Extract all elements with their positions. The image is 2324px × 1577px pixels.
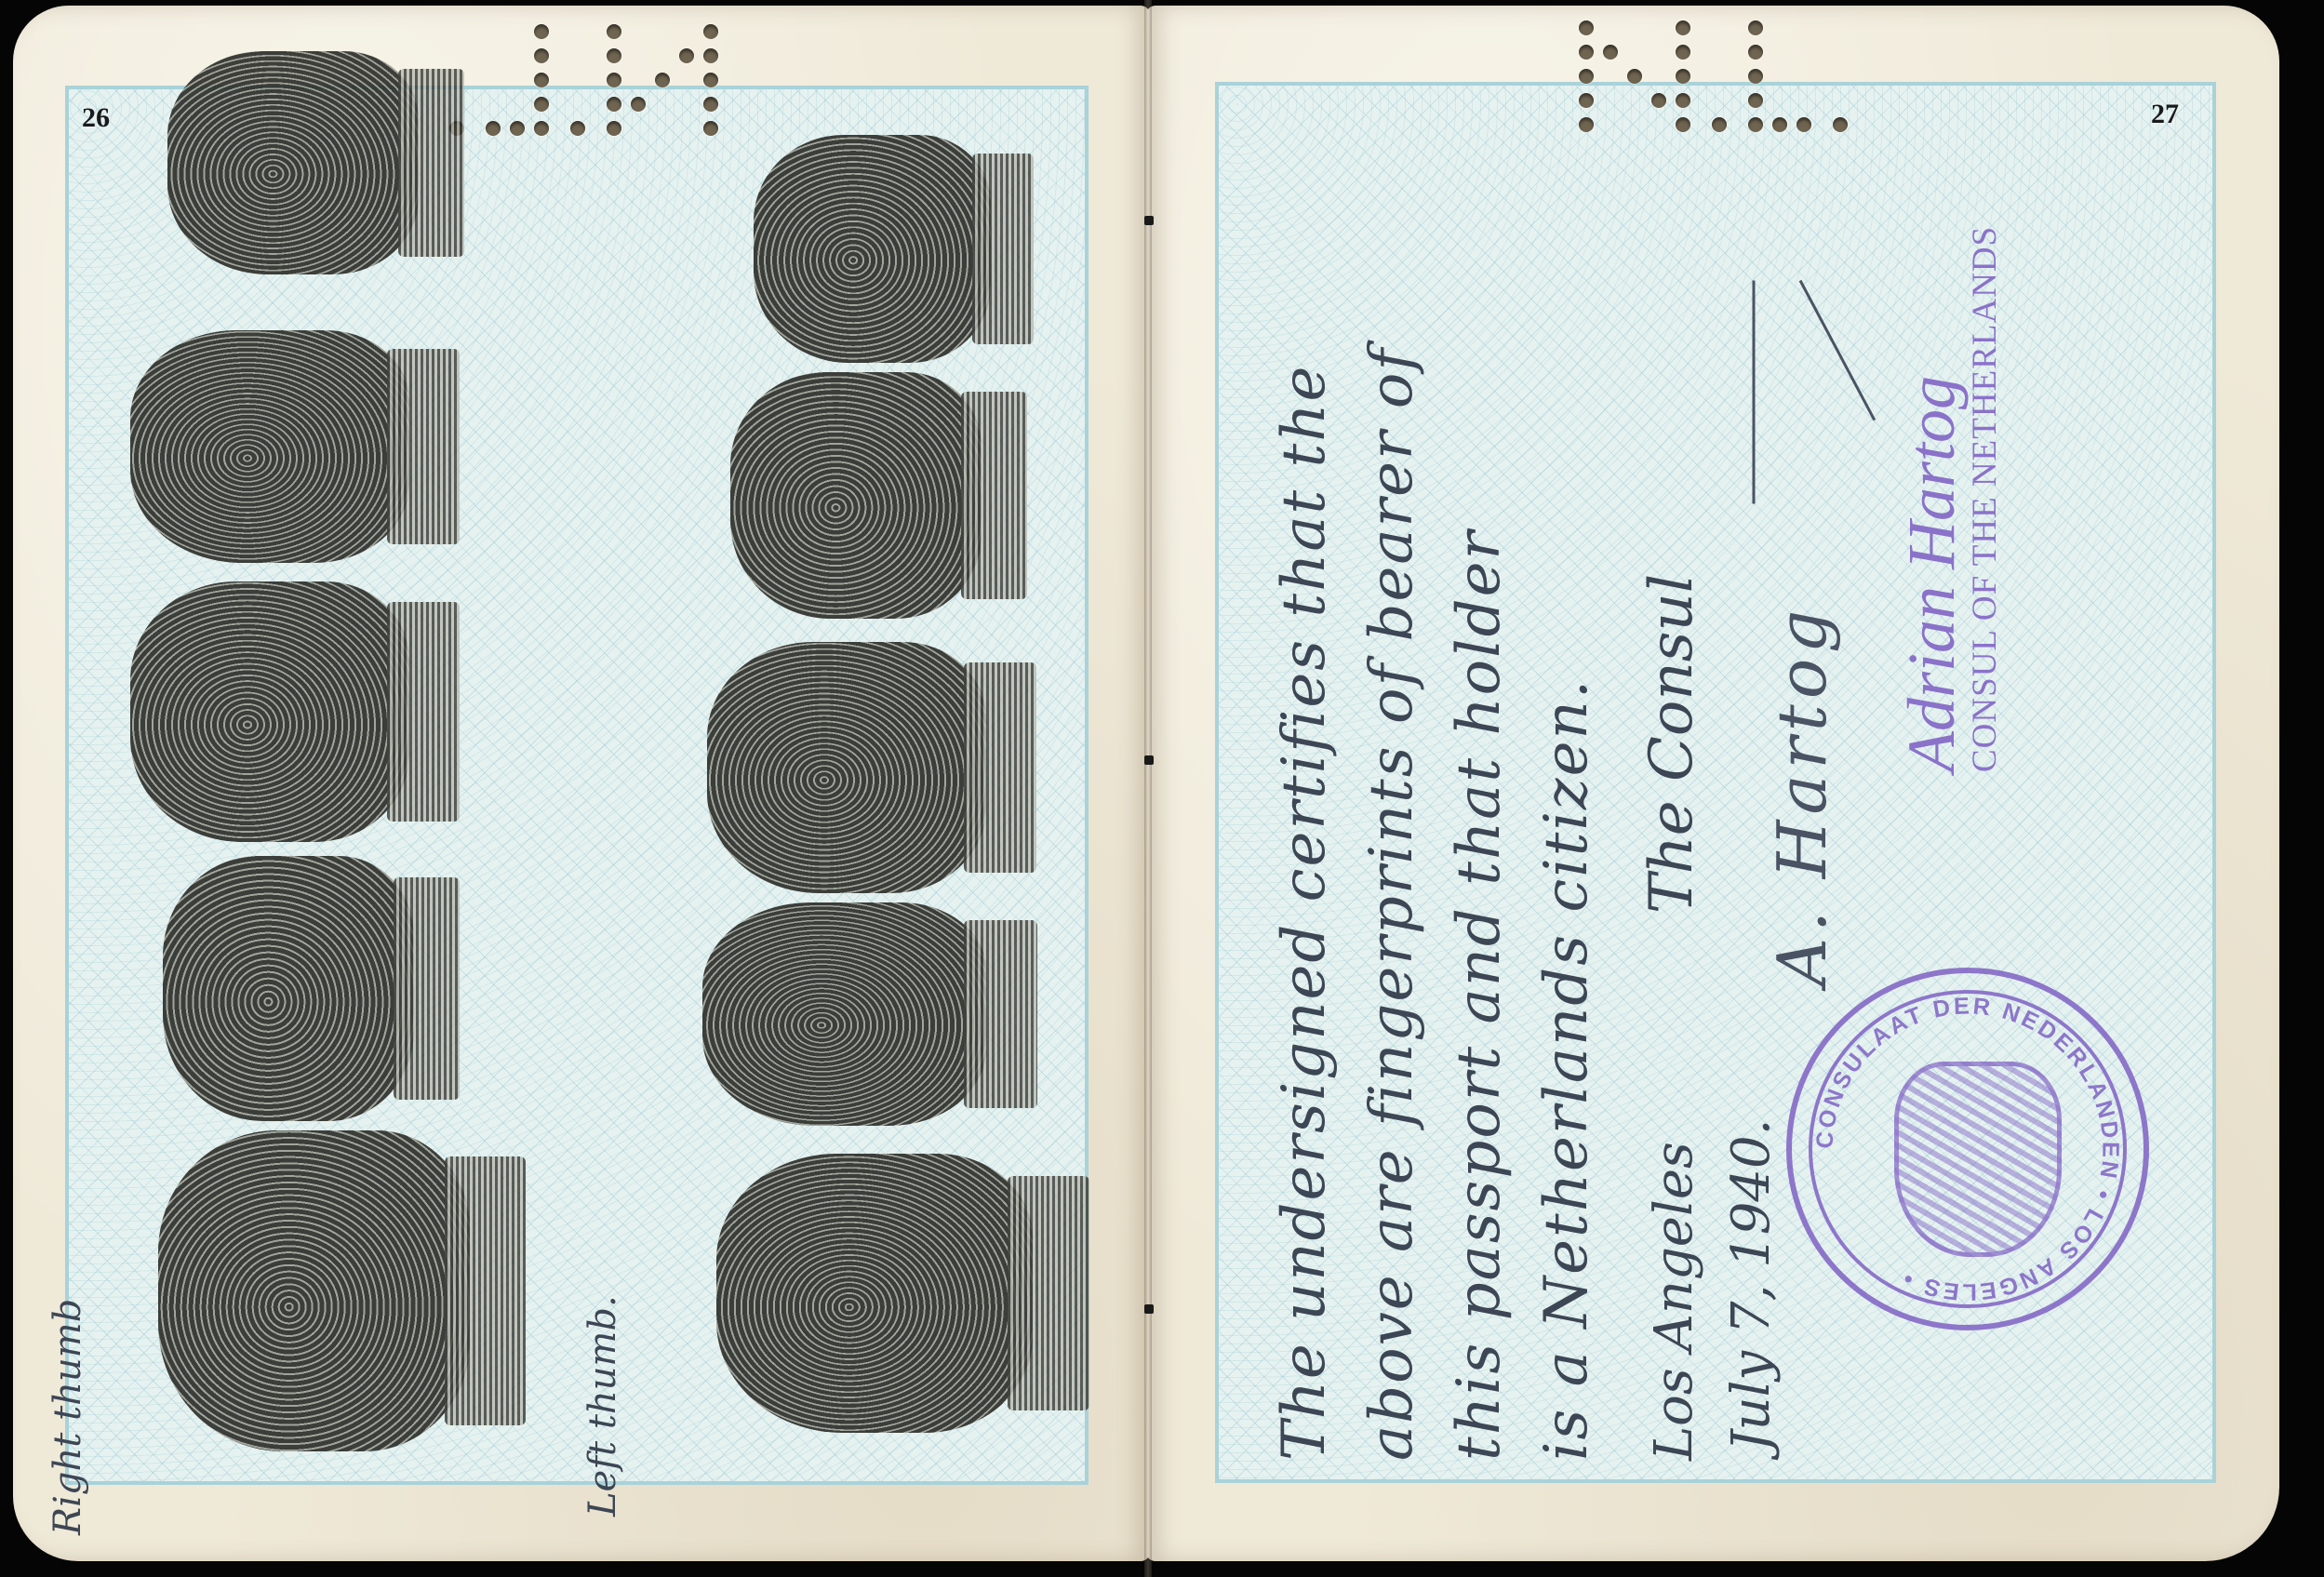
certification-line: The undersigned certifies that the — [1261, 102, 1348, 1461]
certification-place: Los Angeles — [1644, 1142, 1704, 1461]
fingerprint-right-ring — [130, 581, 409, 842]
certification-date: July 7, 1940. — [1721, 1119, 1782, 1451]
signature-stroke — [1753, 281, 1756, 504]
book-spine — [1144, 0, 1152, 1577]
certification-line: above are fingerprints of bearer of — [1348, 102, 1436, 1461]
signer-title: The Consul — [1637, 574, 1706, 914]
fingerprint-right-index — [167, 51, 419, 274]
fingerprint-right-thumb — [158, 1130, 470, 1451]
perforation-hole — [703, 121, 718, 136]
perforation-hole — [486, 121, 501, 136]
fingerprint-right-middle — [130, 330, 409, 563]
perforation-hole — [607, 121, 621, 136]
perforation-hole — [1748, 69, 1763, 84]
perforation-hole — [1603, 45, 1618, 60]
fingerprint-left-little — [702, 902, 986, 1126]
binding-stitch — [1144, 216, 1154, 225]
perforation-hole — [1796, 117, 1811, 132]
perforation-hole — [607, 48, 621, 63]
perforation-hole — [1748, 20, 1763, 35]
binding-stitch — [1144, 755, 1154, 765]
perforation-hole — [703, 73, 718, 87]
perforation-hole — [1579, 20, 1594, 35]
perforation-hole — [631, 97, 646, 112]
fingerprint-left-index — [754, 135, 991, 363]
perforation-hole — [1676, 45, 1690, 60]
certification-line: is a Netherlands citizen. — [1523, 102, 1610, 1461]
perforation-hole — [1748, 45, 1763, 60]
perforation-hole — [1676, 69, 1690, 84]
consulate-seal: CONSULAAT DER NEDERLANDEN • LOS ANGELES … — [1786, 968, 2149, 1330]
perforation-hole — [607, 97, 621, 112]
perforation-hole — [510, 121, 525, 136]
perforation-hole — [534, 24, 549, 39]
perforation-hole — [1627, 69, 1642, 84]
consul-name-stamp: Adrian Hartog CONSUL OF THE NETHERLANDS — [1898, 226, 2006, 772]
fingerprint-right-little — [163, 856, 414, 1121]
perforation-hole — [534, 48, 549, 63]
coat-of-arms-icon — [1894, 1062, 2062, 1257]
perforation-hole — [570, 121, 585, 136]
date-block: July 7, 1940. — [1721, 1119, 1782, 1451]
perforation-hole — [703, 48, 718, 63]
place-and-title: Los Angeles The Consul — [1637, 574, 1706, 1461]
perforation-hole — [1579, 45, 1594, 60]
label-right-thumb: Right thumb — [47, 1299, 89, 1535]
perforation-hole — [534, 97, 549, 112]
perforation-hole — [1579, 69, 1594, 84]
perforation-hole — [607, 73, 621, 87]
stamp-consul-name: Adrian Hartog — [1898, 226, 1965, 772]
label-left-thumb: Left thumb. — [581, 1295, 624, 1517]
perforation-hole — [1833, 117, 1848, 132]
binding-stitch — [1144, 1304, 1154, 1314]
perforation-hole — [607, 24, 621, 39]
perforation-hole — [655, 73, 670, 87]
consul-signature: A. Hartog — [1763, 605, 1841, 986]
perforation-hole — [679, 48, 694, 63]
fingerprint-left-ring — [707, 642, 986, 893]
page-number-right: 27 — [2151, 99, 2179, 130]
perforation-hole — [534, 121, 549, 136]
stamp-consul-title: CONSUL OF THE NETHERLANDS — [1965, 226, 2006, 772]
perforation-hole — [1676, 20, 1690, 35]
perforation-hole — [703, 97, 718, 112]
perforation-hole — [534, 73, 549, 87]
fingerprint-left-middle — [730, 372, 982, 619]
perforation-hole — [703, 24, 718, 39]
page-number-left: 26 — [82, 102, 110, 134]
fingerprint-left-thumb — [716, 1154, 1033, 1433]
certification-line: this passport and that holder — [1436, 102, 1523, 1461]
